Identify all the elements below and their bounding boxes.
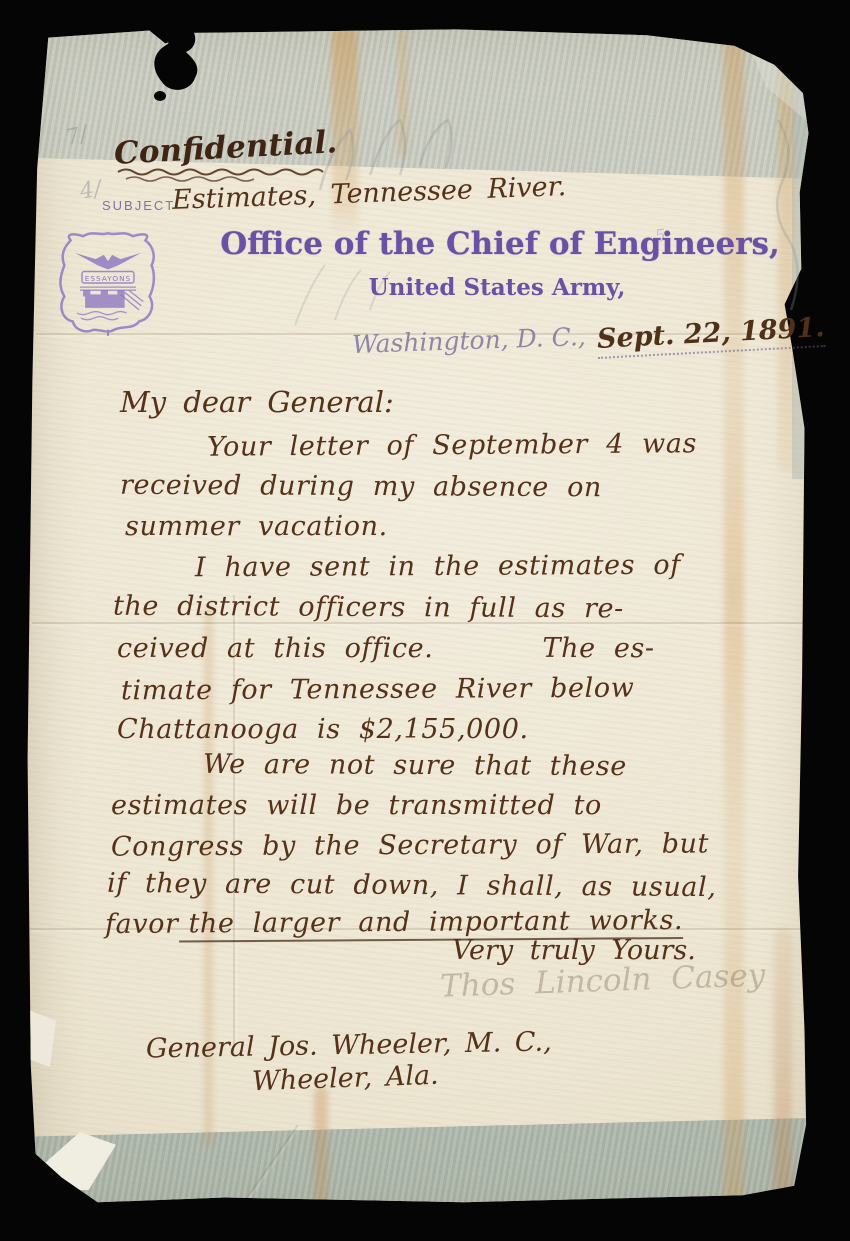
body-line: received during my absence on [120, 470, 602, 504]
subject-label: SUBJECT [102, 198, 175, 213]
stain-streak [314, 1087, 328, 1207]
ghost-writing [748, 110, 818, 330]
pencil-mark: 4/ [78, 176, 103, 204]
body-line: the district officers in full as re- [113, 591, 624, 625]
body-line: summer vacation. [125, 511, 388, 542]
seal-castle-icon [83, 290, 125, 308]
engineers-seal: ESSAYONS [56, 230, 160, 338]
torn-hole [142, 26, 226, 118]
body-line: if they are cut down, I shall, as usual, [107, 868, 717, 903]
seal-motto: ESSAYONS [85, 274, 131, 283]
photo-of-letter: 7/ 4/ 5, Confidential. SUBJECT Estimates… [0, 0, 850, 1241]
stain-streak [724, 27, 744, 1207]
body-line: ceived at this office. The es- [117, 633, 655, 664]
body-line: I have sent in the estimates of [195, 550, 681, 584]
body-line: Congress by the Secretary of War, but [111, 828, 709, 862]
body-line: We are not sure that these [203, 749, 627, 782]
body-line: Your letter of September 4 was [207, 428, 697, 462]
body-line: Chattanooga is $2,155,000. [117, 714, 529, 745]
letterhead-office-line: Office of the Chief of Engineers, [220, 226, 780, 262]
body-line: estimates will be transmitted to [111, 790, 602, 821]
body-line: timate for Tennessee River below [121, 673, 635, 707]
recipient-line-2: Wheeler, Ala. [252, 1060, 440, 1097]
body-line-fragment: favor [105, 909, 179, 941]
tissue-overlay-bottom [26, 1112, 822, 1207]
tape-piece [26, 1009, 56, 1067]
letterhead-army-line: United States Army, [369, 274, 626, 301]
salutation: My dear General: [120, 385, 394, 419]
seal-eagle-icon [75, 253, 141, 270]
stain-streak [774, 927, 792, 1207]
